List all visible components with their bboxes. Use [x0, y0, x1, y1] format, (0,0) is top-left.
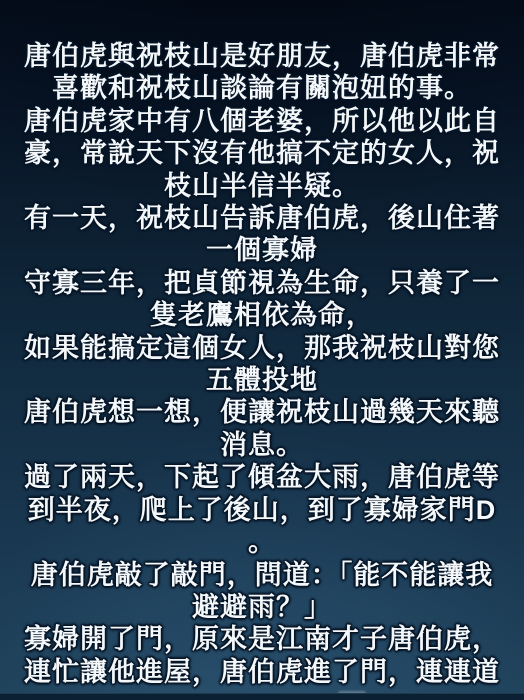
story-line: 避避雨？」 [8, 591, 516, 623]
bottom-edge-strip [0, 693, 524, 700]
story-line: 消息。 [8, 429, 516, 461]
story-line: 五體投地 [8, 364, 516, 396]
story-line: 喜歡和祝枝山談論有關泡妞的事。 [8, 72, 516, 104]
story-line: 到半夜，爬上了後山，到了寡婦家門D [8, 494, 516, 526]
story-line: 枝山半信半疑。 [8, 170, 516, 202]
story-line: 一個寡婦 [8, 234, 516, 266]
story-line: 。 [8, 526, 516, 558]
story-line: 守寡三年，把貞節視為生命，只養了一 [8, 267, 516, 299]
story-line: 如果能搞定這個女人，那我祝枝山對您 [8, 332, 516, 364]
story-text-block: 唐伯虎與祝枝山是好朋友，唐伯虎非常 喜歡和祝枝山談論有關泡妞的事。 唐伯虎家中有… [0, 40, 524, 688]
story-line: 唐伯虎家中有八個老婆，所以他以此自 [8, 105, 516, 137]
story-image: 唐伯虎與祝枝山是好朋友，唐伯虎非常 喜歡和祝枝山談論有關泡妞的事。 唐伯虎家中有… [0, 0, 524, 700]
story-line: 唐伯虎想一想，便讓祝枝山過幾天來聽 [8, 396, 516, 428]
story-line: 有一天，祝枝山告訴唐伯虎，後山住著 [8, 202, 516, 234]
story-line: 過了兩天，下起了傾盆大雨，唐伯虎等 [8, 461, 516, 493]
story-line: 唐伯虎與祝枝山是好朋友，唐伯虎非常 [8, 40, 516, 72]
story-line: 連忙讓他進屋，唐伯虎進了門，連連道 [8, 656, 516, 688]
story-line: 豪，常說天下沒有他搞不定的女人，祝 [8, 137, 516, 169]
story-line: 隻老鷹相依為命， [8, 299, 516, 331]
story-line: 寡婦開了門，原來是江南才子唐伯虎， [8, 623, 516, 655]
story-line: 唐伯虎敲了敲門，問道：「能不能讓我 [8, 559, 516, 591]
